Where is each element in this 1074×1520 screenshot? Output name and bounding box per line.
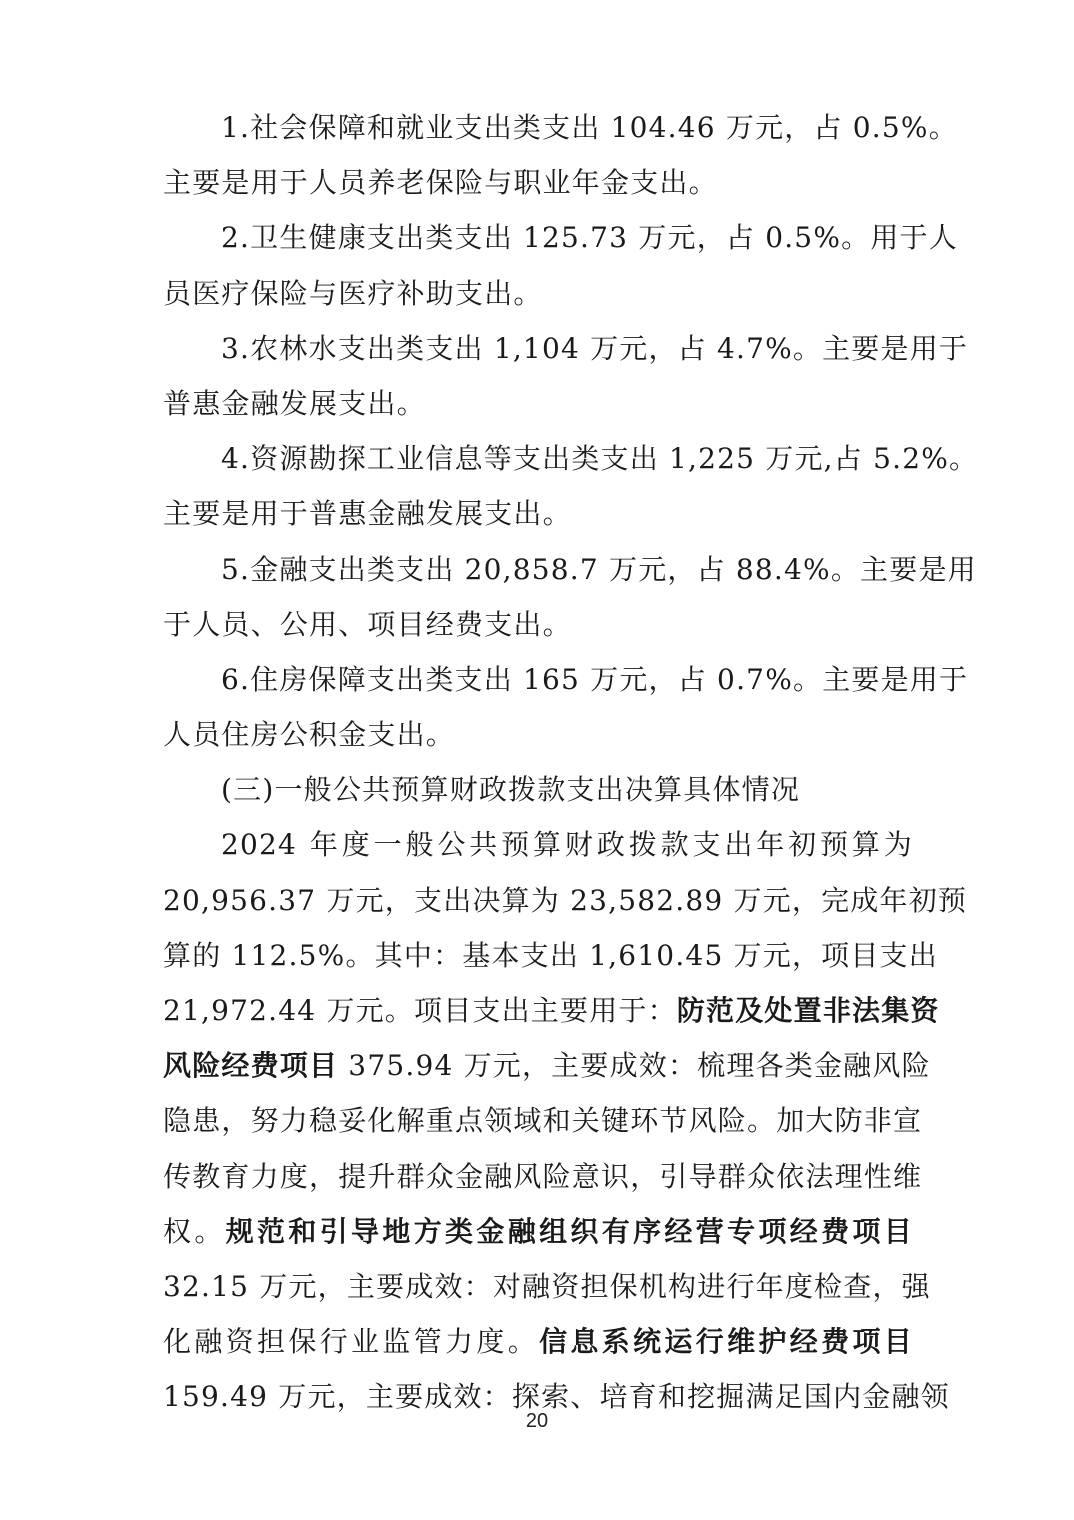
paragraph-line-7: 传教育力度，提升群众金融风险意识，引导群众依法理性维	[163, 1149, 913, 1204]
item-6-line-2: 人员住房公积金支出。	[163, 707, 913, 762]
item-5-line-2: 于人员、公用、项目经费支出。	[163, 597, 913, 652]
section-heading: (三)一般公共预算财政拨款支出决算具体情况	[163, 762, 913, 817]
item-4-line-1: 4.资源勘探工业信息等支出类支出 1,225 万元,占 5.2%。	[163, 431, 913, 486]
paragraph-line-1: 2024 年度一般公共预算财政拨款支出年初预算为	[163, 817, 913, 872]
paragraph-line-6: 隐患，努力稳妥化解重点领域和关键环节风险。加大防非宣	[163, 1093, 913, 1148]
paragraph-line-9: 32.15 万元，主要成效：对融资担保机构进行年度检查，强	[163, 1259, 913, 1314]
item-3-line-2: 普惠金融发展支出。	[163, 376, 913, 431]
item-6-line-1: 6.住房保障支出类支出 165 万元，占 0.7%。主要是用于	[163, 652, 913, 707]
paragraph-line-2: 20,956.37 万元，支出决算为 23,582.89 万元，完成年初预	[163, 873, 913, 928]
paragraph-line-10: 化融资担保行业监管力度。信息系统运行维护经费项目	[163, 1314, 913, 1369]
item-1-line-2: 主要是用于人员养老保险与职业年金支出。	[163, 155, 913, 210]
project-title-local-finance-orgs: 规范和引导地方类金融组织有序经营专项经费项目	[226, 1215, 913, 1248]
item-2-line-1: 2.卫生健康支出类支出 125.73 万元，占 0.5%。用于人	[163, 210, 913, 265]
item-5-line-1: 5.金融支出类支出 20,858.7 万元，占 88.4%。主要是用	[163, 542, 913, 597]
project-title-illegal-fundraising-cont: 风险经费项目	[163, 1049, 338, 1082]
project-title-info-system-maintenance: 信息系统运行维护经费项目	[539, 1325, 913, 1358]
page-number: 20	[0, 1410, 1074, 1433]
paragraph-text: 权。	[163, 1215, 226, 1248]
project-title-illegal-fundraising: 防范及处置非法集资	[677, 994, 940, 1027]
item-2-line-2: 员医疗保险与医疗补助支出。	[163, 266, 913, 321]
paragraph-text: 375.94 万元，主要成效：梳理各类金融风险	[338, 1049, 931, 1082]
document-page: 1.社会保障和就业支出类支出 104.46 万元，占 0.5%。 主要是用于人员…	[163, 100, 913, 1425]
item-1-line-1: 1.社会保障和就业支出类支出 104.46 万元，占 0.5%。	[163, 100, 913, 155]
paragraph-line-5: 风险经费项目 375.94 万元，主要成效：梳理各类金融风险	[163, 1038, 913, 1093]
item-4-line-2: 主要是用于普惠金融发展支出。	[163, 486, 913, 541]
paragraph-line-3: 算的 112.5%。其中：基本支出 1,610.45 万元，项目支出	[163, 928, 913, 983]
item-3-line-1: 3.农林水支出类支出 1,104 万元，占 4.7%。主要是用于	[163, 321, 913, 376]
paragraph-text: 化融资担保行业监管力度。	[163, 1325, 539, 1358]
paragraph-line-4: 21,972.44 万元。项目支出主要用于：防范及处置非法集资	[163, 983, 913, 1038]
paragraph-text: 21,972.44 万元。项目支出主要用于：	[163, 994, 677, 1027]
paragraph-line-8: 权。规范和引导地方类金融组织有序经营专项经费项目	[163, 1204, 913, 1259]
